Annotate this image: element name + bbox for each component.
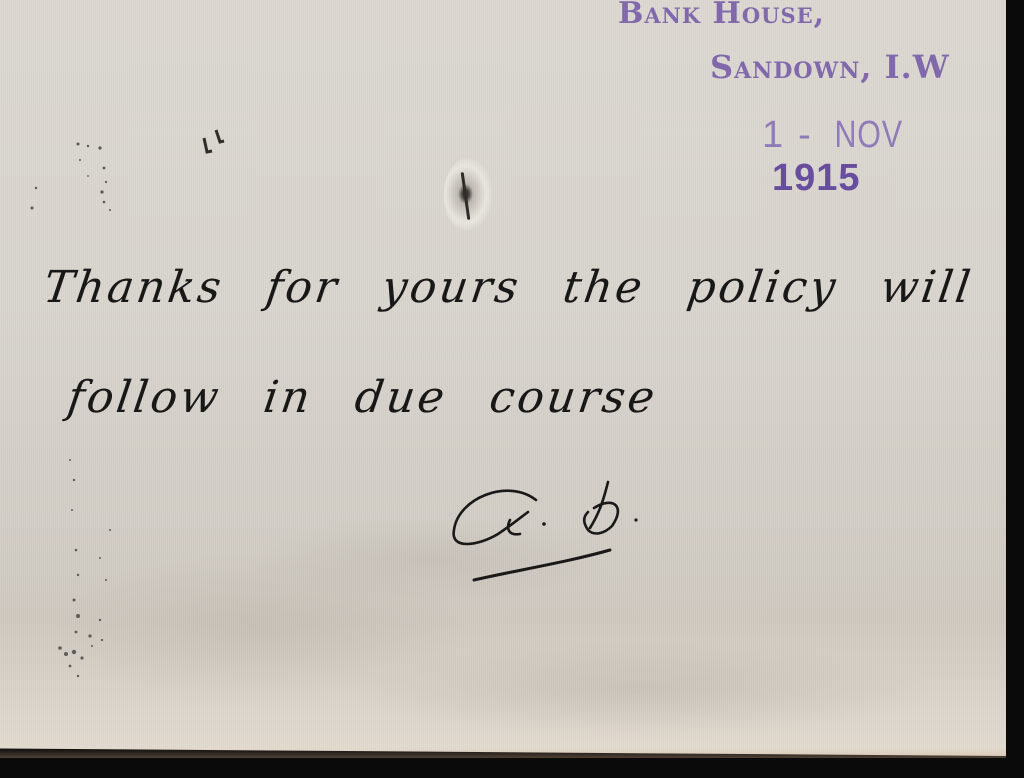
paper-sheet: Bank House, Sandown, I.W 1-NOV1915	[0, 0, 1006, 756]
pin-hole-icon	[444, 158, 492, 230]
handwritten-message-line-2: follow in due course	[64, 372, 660, 423]
signature-initials: A.D.	[448, 468, 648, 588]
stamp-date-year: 1915	[772, 157, 861, 199]
stamp-address-line-2: Sandown, I.W	[710, 48, 950, 86]
scanned-note: Bank House, Sandown, I.W 1-NOV1915	[0, 0, 1024, 778]
stamp-address-line-1: Bank House,	[618, 0, 825, 31]
stamp-date: 1-NOV1915	[762, 114, 1006, 200]
staple-mark-icon	[198, 124, 234, 164]
ink-speckle-icon	[30, 130, 140, 240]
stamp-date-day: 1	[762, 114, 784, 156]
stamp-date-month: NOV	[834, 114, 902, 157]
handwritten-message-line-1: Thanks for yours the policy will	[40, 262, 976, 313]
paper-bottom-edge	[0, 748, 1006, 758]
stamp-date-dash: -	[798, 114, 812, 156]
ink-speckle-icon	[30, 440, 140, 690]
